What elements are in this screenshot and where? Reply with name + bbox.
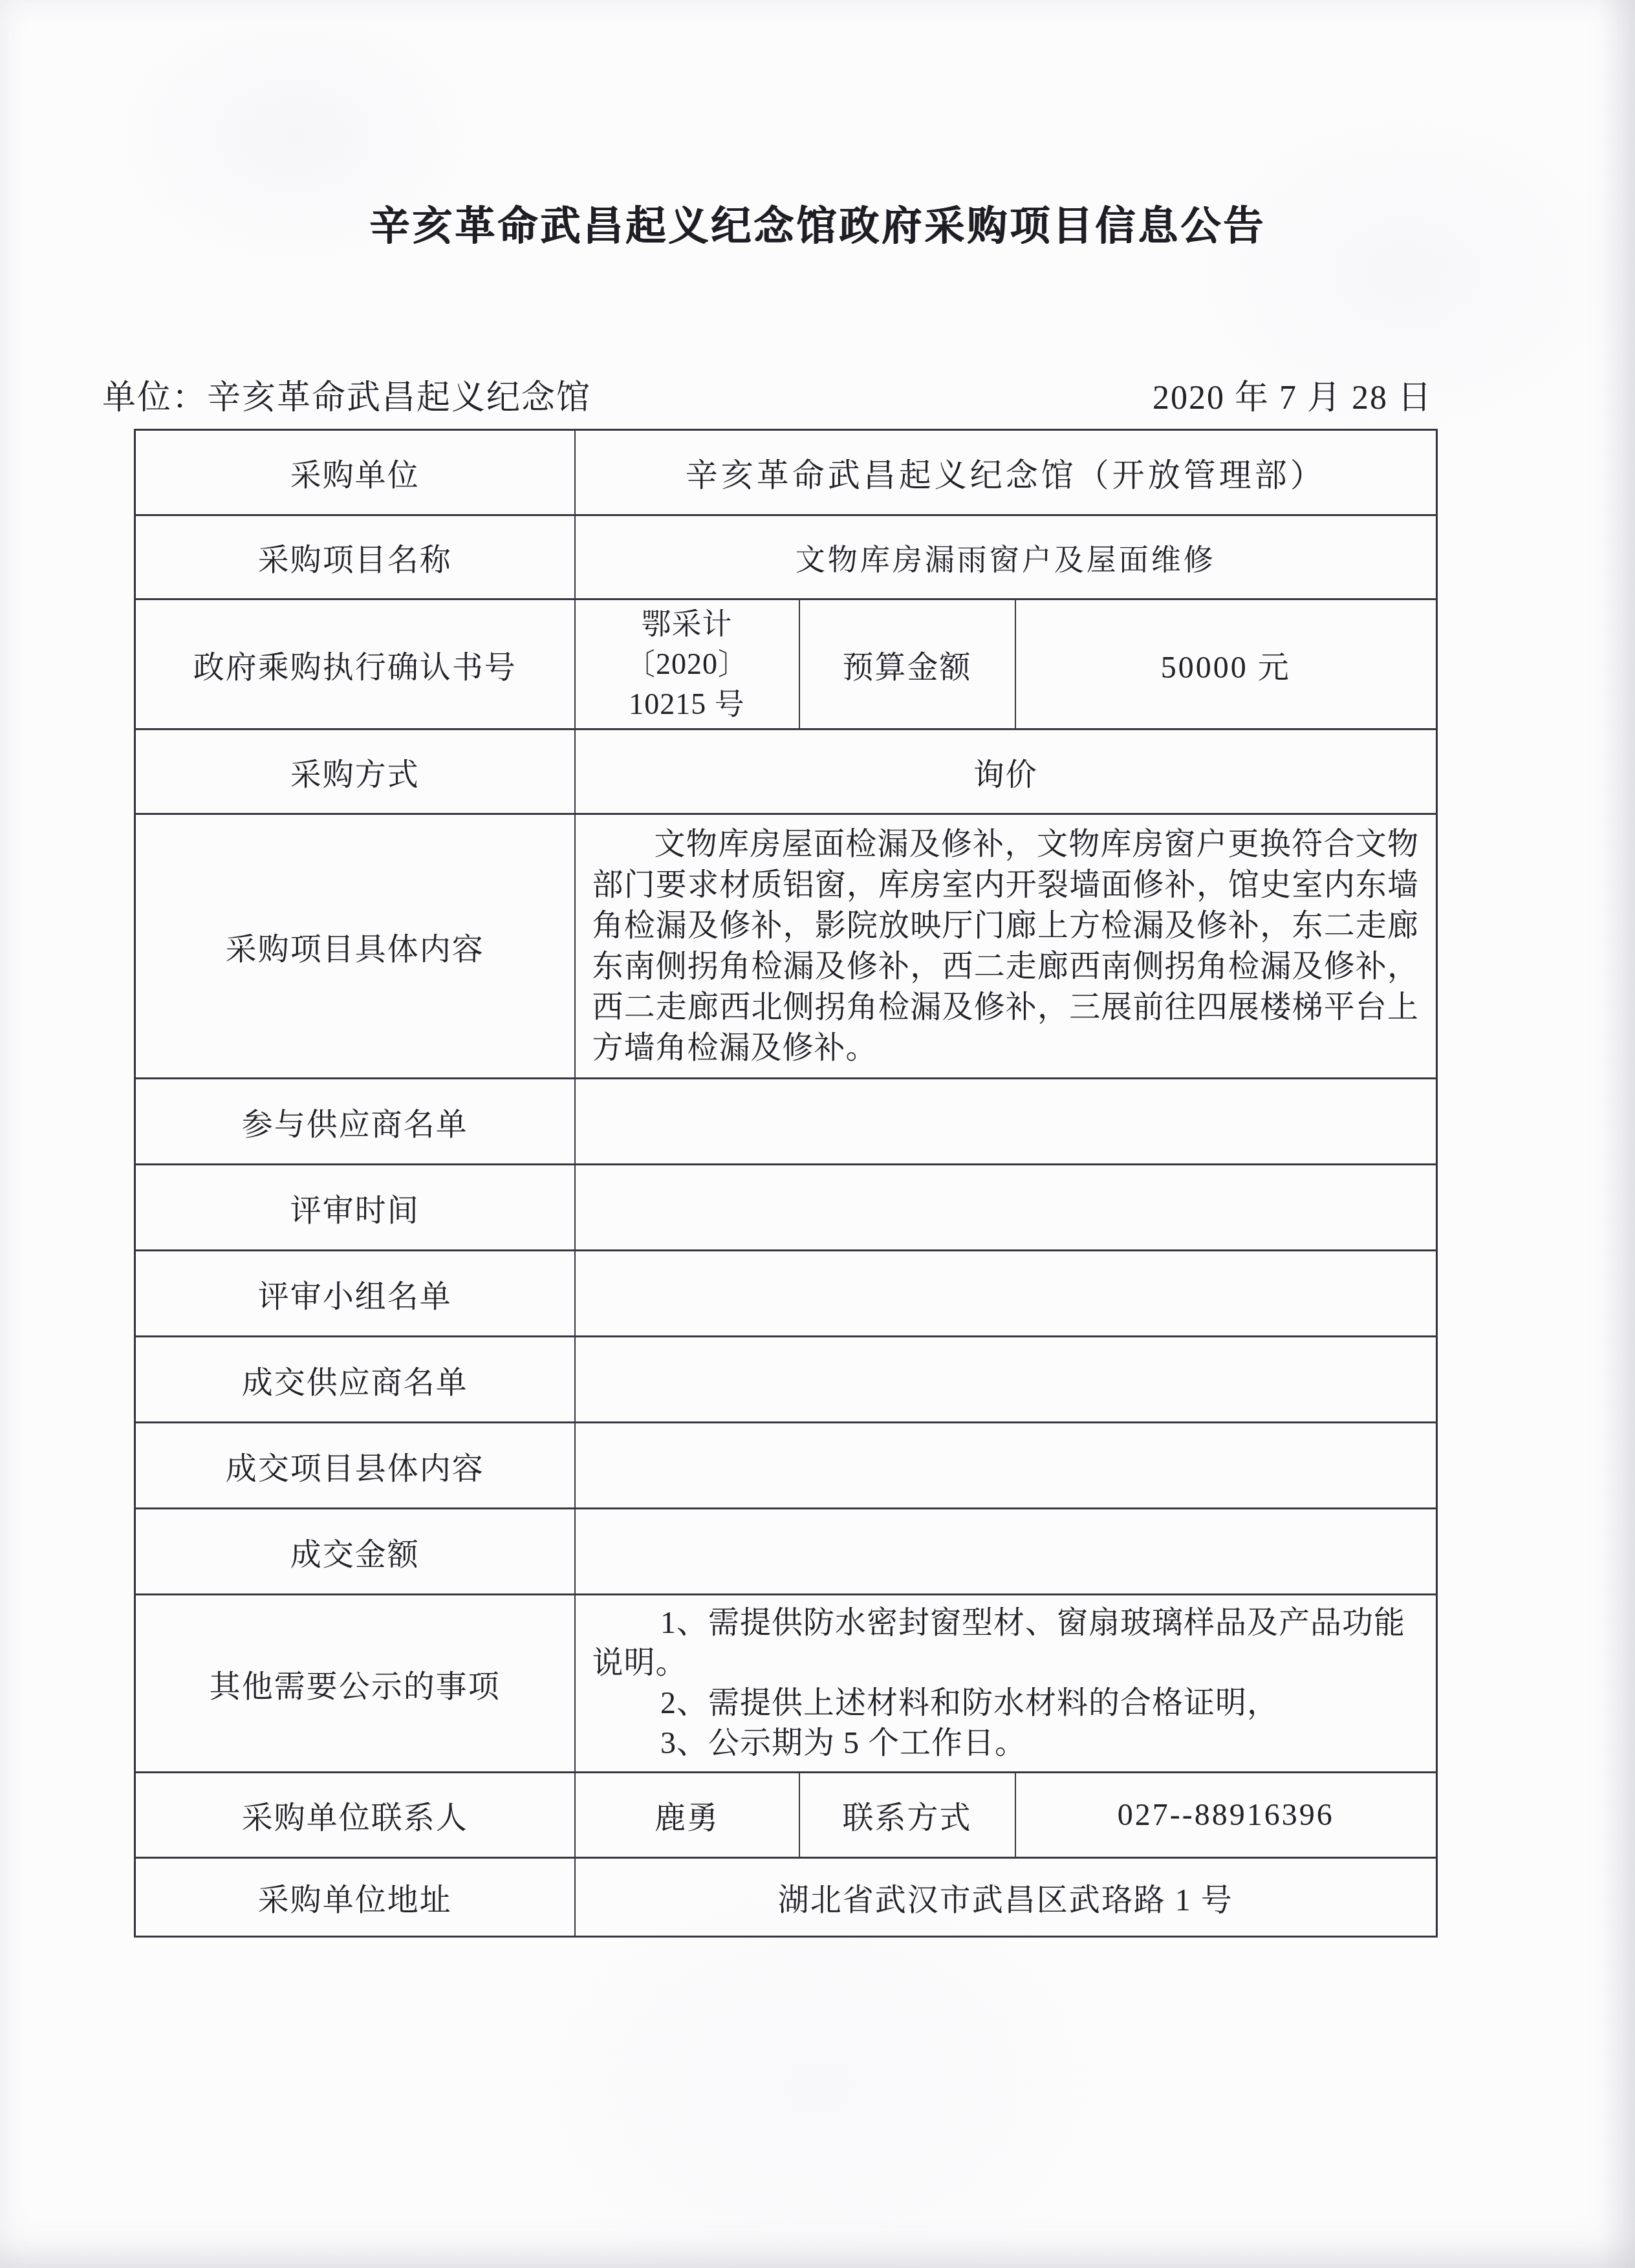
review-time-value: [575, 1165, 1437, 1251]
project-details-label: 采购项目具体内容: [135, 814, 575, 1079]
method-label: 采购方式: [135, 729, 575, 814]
review-time-label: 评审时间: [135, 1165, 575, 1251]
table-row-purchasing-unit: 采购单位 辛亥革命武昌起义纪念馆（开放管理部）: [135, 430, 1437, 515]
table-row-confirmation-number: 政府乘购执行确认书号 鄂采计 〔2020〕 10215 号 预算金额 50000…: [135, 599, 1437, 729]
contact-phone-value: 027--88916396: [1015, 1773, 1437, 1858]
winning-supplier-label: 成交供应商名单: [135, 1337, 575, 1423]
project-details-paragraph: 文物库房屋面检漏及修补，文物库房窗户更换符合文物部门要求材质铝窗，库房室内开裂墙…: [592, 824, 1420, 1068]
deal-amount-value: [575, 1509, 1437, 1595]
method-value: 询价: [575, 729, 1437, 814]
note-item-2: 2、需提供上述材料和防水材料的合格证明，: [592, 1683, 1420, 1723]
table-row-review-panel: 评审小组名单: [135, 1251, 1437, 1337]
project-name-label: 采购项目名称: [135, 515, 575, 599]
review-panel-label: 评审小组名单: [135, 1251, 575, 1337]
participating-suppliers-value: [575, 1079, 1437, 1165]
table-row-method: 采购方式 询价: [135, 729, 1437, 814]
scanned-document-page: 辛亥革命武昌起义纪念馆政府采购项目信息公告 单位：辛亥革命武昌起义纪念馆 202…: [0, 0, 1635, 2268]
issuing-unit-line: 单位：辛亥革命武昌起义纪念馆: [102, 370, 591, 418]
project-name-value: 文物库房漏雨窗户及屋面维修: [575, 515, 1437, 599]
address-label: 采购单位地址: [135, 1858, 575, 1937]
table-row-other-notes: 其他需要公示的事项 1、需提供防水密封窗型材、窗扇玻璃样品及产品功能说明。 2、…: [135, 1595, 1437, 1773]
table-row-project-details: 采购项目具体内容 文物库房屋面检漏及修补，文物库房窗户更换符合文物部门要求材质铝…: [135, 814, 1437, 1079]
table-row-contact: 采购单位联系人 鹿勇 联系方式 027--88916396: [135, 1773, 1437, 1858]
review-panel-value: [575, 1251, 1437, 1337]
deal-amount-label: 成交金额: [135, 1509, 575, 1595]
budget-label: 预算金额: [799, 599, 1015, 729]
table-row-deal-details: 成交项目县体内容: [135, 1423, 1437, 1509]
meta-line: 单位：辛亥革命武昌起义纪念馆 2020 年 7 月 28 日: [102, 370, 1433, 418]
participating-suppliers-label: 参与供应商名单: [135, 1079, 575, 1165]
deal-details-label: 成交项目县体内容: [135, 1423, 575, 1509]
other-notes-value: 1、需提供防水密封窗型材、窗扇玻璃样品及产品功能说明。 2、需提供上述材料和防水…: [575, 1595, 1437, 1773]
contact-label: 采购单位联系人: [135, 1773, 575, 1858]
purchasing-unit-value: 辛亥革命武昌起义纪念馆（开放管理部）: [575, 430, 1437, 515]
announcement-date: 2020 年 7 月 28 日: [1153, 370, 1433, 418]
confirmation-number-line2: 〔2020〕: [582, 644, 792, 684]
table-row-project-name: 采购项目名称 文物库房漏雨窗户及屋面维修: [135, 515, 1437, 599]
table-row-review-time: 评审时间: [135, 1165, 1437, 1251]
note-item-3: 3、公示期为 5 个工作日。: [592, 1723, 1420, 1764]
table-row-deal-amount: 成交金额: [135, 1509, 1437, 1595]
project-details-value: 文物库房屋面检漏及修补，文物库房窗户更换符合文物部门要求材质铝窗，库房室内开裂墙…: [575, 814, 1437, 1079]
procurement-info-table: 采购单位 辛亥革命武昌起义纪念馆（开放管理部） 采购项目名称 文物库房漏雨窗户及…: [134, 429, 1438, 1938]
address-value: 湖北省武汉市武昌区武珞路 1 号: [575, 1858, 1437, 1937]
table-row-address: 采购单位地址 湖北省武汉市武昌区武珞路 1 号: [135, 1858, 1437, 1937]
confirmation-number-line3: 10215 号: [582, 684, 792, 724]
purchasing-unit-label: 采购单位: [135, 430, 575, 515]
contact-name: 鹿勇: [575, 1773, 799, 1858]
contact-phone-label: 联系方式: [799, 1773, 1015, 1858]
table-row-winning-supplier: 成交供应商名单: [135, 1337, 1437, 1423]
unit-label: 单位：: [102, 380, 207, 416]
deal-details-value: [575, 1423, 1437, 1509]
other-notes-label: 其他需要公示的事项: [135, 1595, 575, 1773]
page-title: 辛亥革命武昌起义纪念馆政府采购项目信息公告: [0, 194, 1635, 252]
unit-value: 辛亥革命武昌起义纪念馆: [207, 380, 591, 416]
confirmation-number-value: 鄂采计 〔2020〕 10215 号: [575, 599, 799, 729]
confirmation-number-label: 政府乘购执行确认书号: [135, 599, 575, 729]
note-item-1: 1、需提供防水密封窗型材、窗扇玻璃样品及产品功能说明。: [592, 1603, 1420, 1683]
winning-supplier-value: [575, 1337, 1437, 1423]
table-row-participating-suppliers: 参与供应商名单: [135, 1079, 1437, 1165]
budget-value: 50000 元: [1015, 599, 1437, 729]
confirmation-number-line1: 鄂采计: [582, 604, 792, 644]
